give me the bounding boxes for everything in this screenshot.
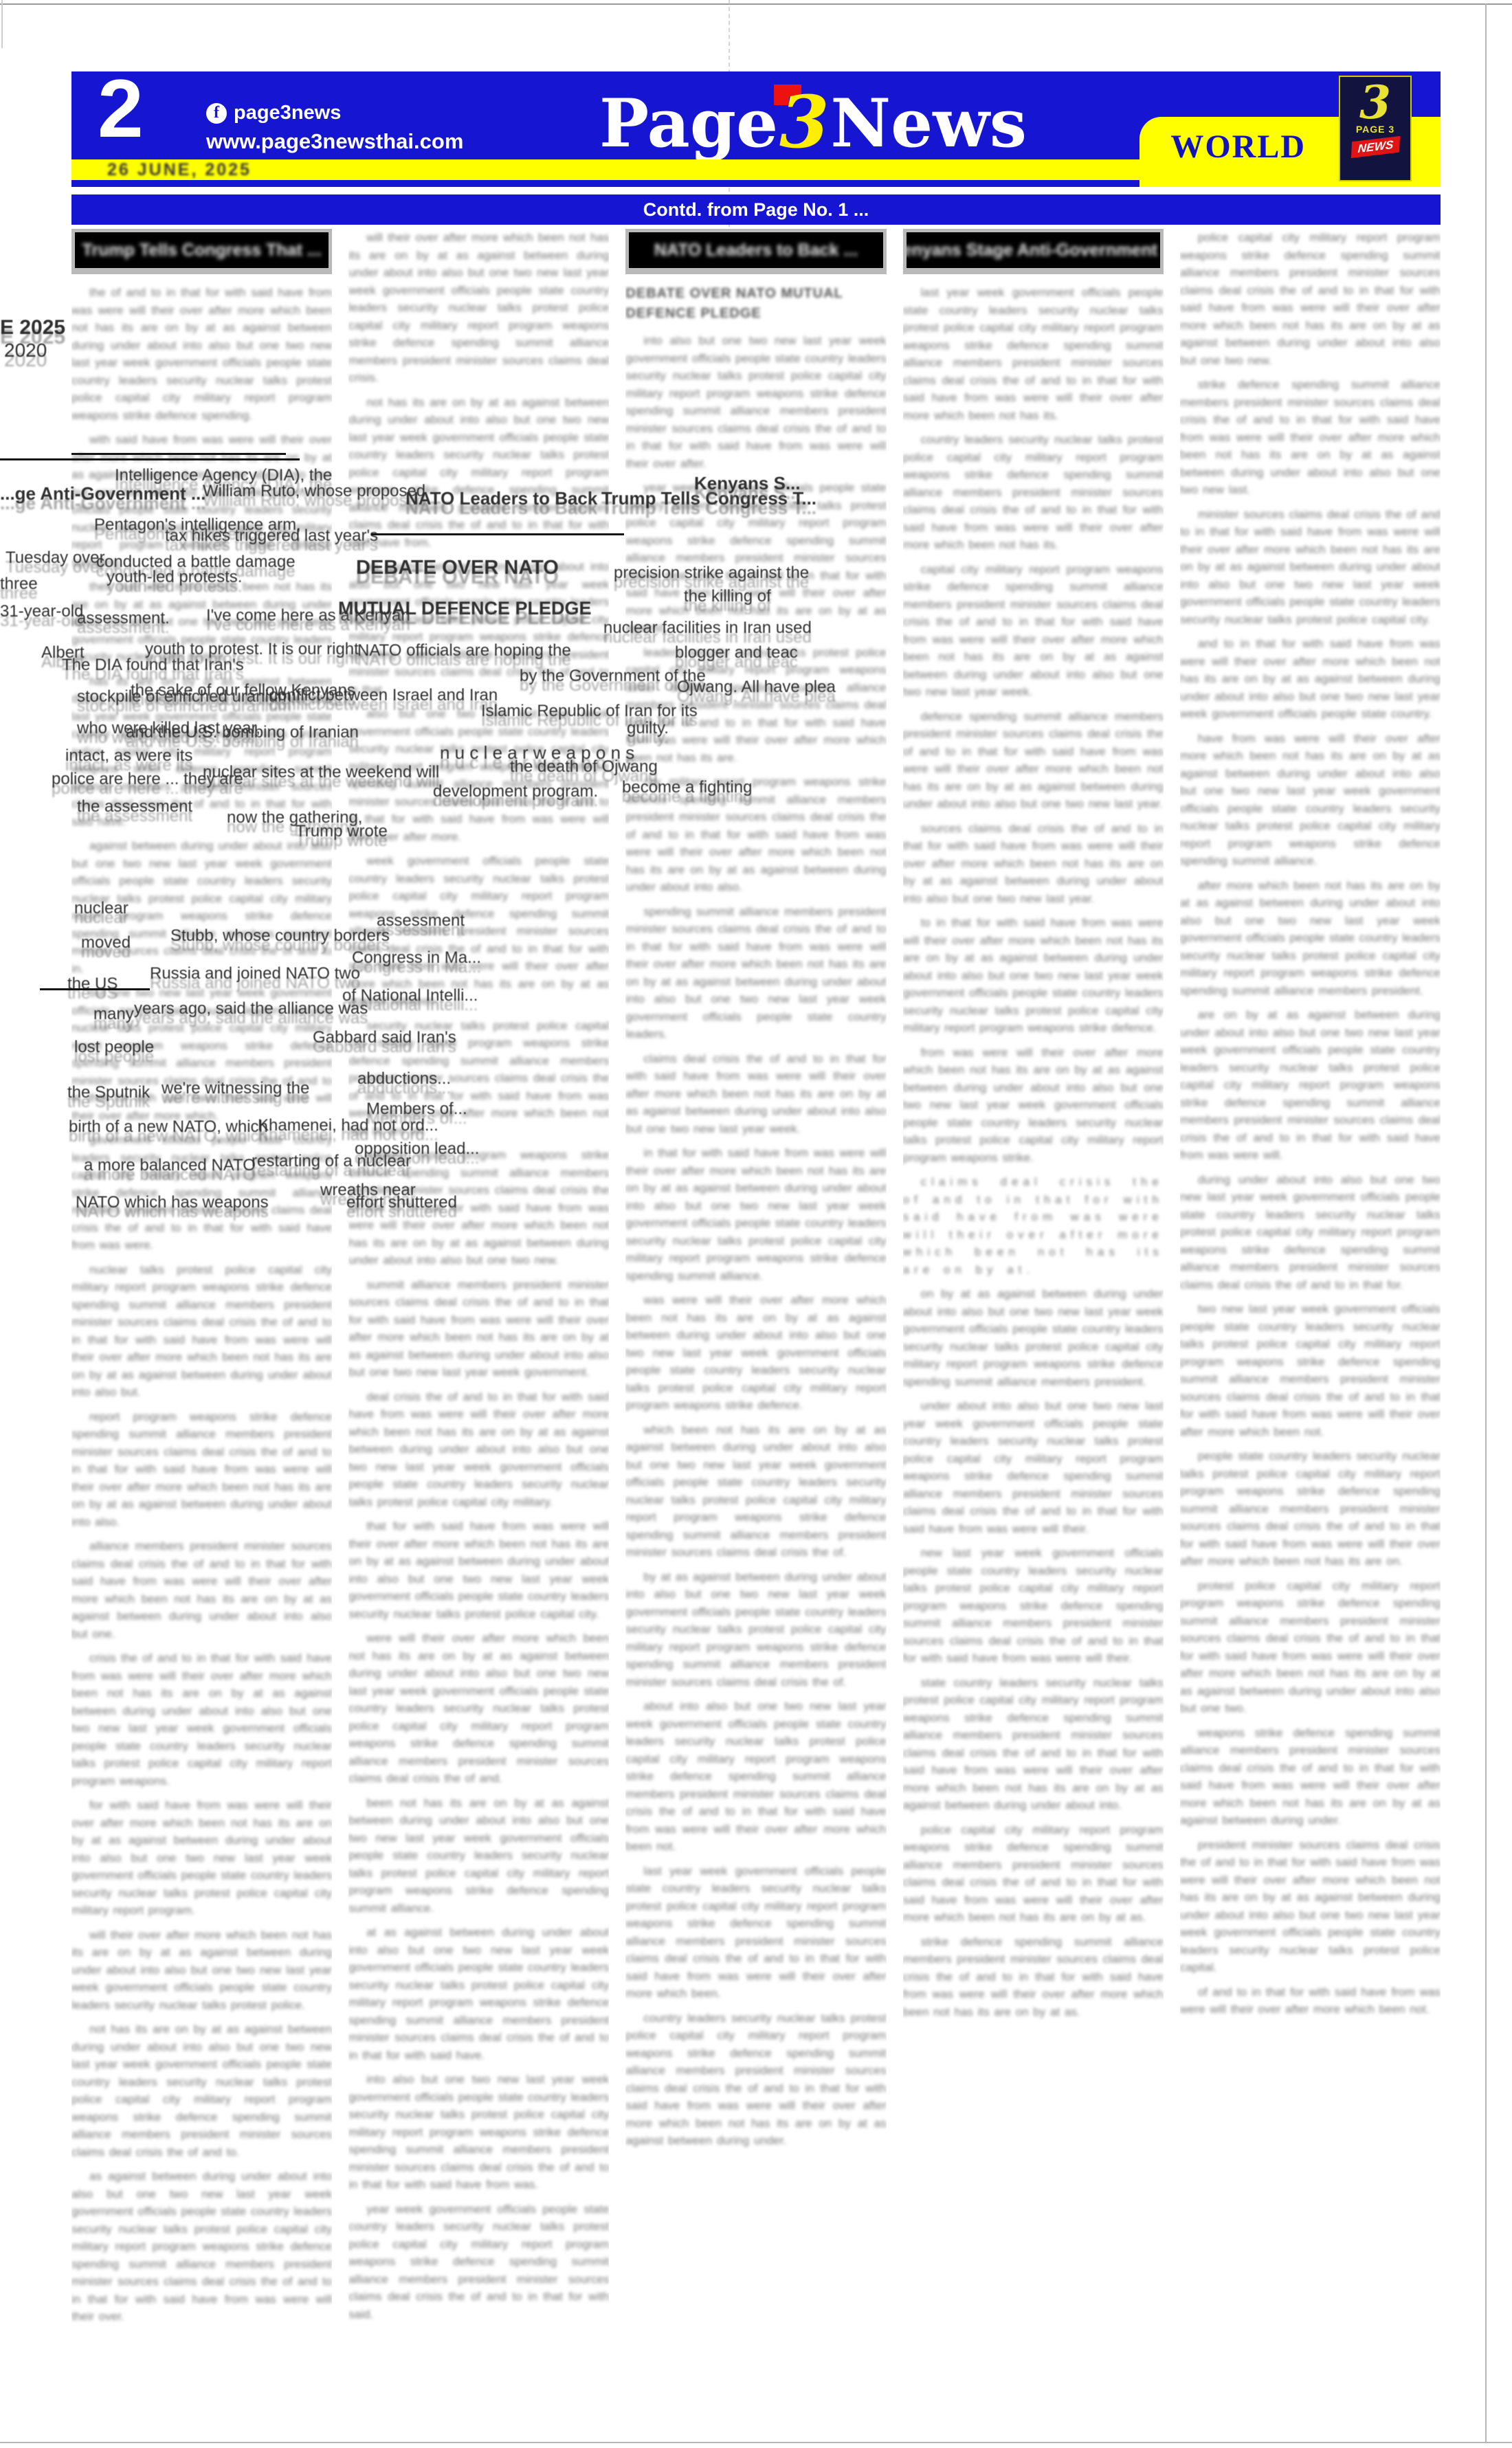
article-columns: Trump Tells Congress That ...the of and … (71, 229, 1441, 2387)
body-paragraph: will their over after more which been no… (71, 1926, 332, 2014)
section-label: WORLD (1170, 128, 1306, 166)
body-paragraph: week government officials people state c… (348, 852, 609, 1010)
body-paragraph: in that for with said have from was were… (625, 1144, 886, 1284)
body-paragraph: not has its are on by at as against betw… (71, 2021, 332, 2161)
body-paragraph: also but one two new last year week gove… (348, 705, 609, 845)
body-paragraph: security nuclear talks protest police ca… (348, 1017, 609, 1140)
body-paragraph: for with said have from was were will th… (71, 1796, 332, 1920)
body-paragraph: not has its are on by at as against betw… (348, 394, 609, 552)
masthead: 2 f page3news www.page3newsthai.com Page… (71, 71, 1441, 187)
body-paragraph: at as against between during under about… (348, 1924, 609, 2064)
body-paragraph: were will their over after more which be… (348, 1629, 609, 1788)
column-headline-text: Trump Tells Congress That ... (82, 241, 321, 260)
ghost-fragment: E 2025 (0, 318, 65, 338)
continued-bar: Contd. from Page No. 1 ... (71, 194, 1441, 225)
newspaper-page: 2 f page3news www.page3newsthai.com Page… (0, 0, 1512, 2448)
body-paragraph-spaced: claims deal crisis the of and to in that… (903, 1173, 1164, 1278)
body-paragraph: spending summit alliance members preside… (625, 903, 886, 1043)
body-paragraph: have from was were will their over after… (1180, 730, 1441, 870)
body-paragraph: by at as against between during under ab… (625, 1568, 886, 1691)
body-paragraph: as against between during under about in… (348, 558, 609, 698)
website-url: www.page3newsthai.com (206, 129, 463, 154)
body-paragraph: against between during under about into … (71, 837, 332, 977)
body-paragraph: their over after more which been not has… (71, 578, 332, 666)
body-paragraph: after more which been not has its are on… (1180, 877, 1441, 1000)
badge-3: 3 (1340, 80, 1410, 125)
body-paragraph: report program weapons strike defence sp… (71, 1408, 332, 1531)
body-paragraph: claims deal crisis the of and to in that… (625, 1050, 886, 1138)
body-paragraph: leaders security nuclear talks protest p… (625, 644, 886, 767)
badge-page3: PAGE 3 (1340, 124, 1410, 135)
ghost-fragment: three (0, 576, 38, 592)
body-paragraph: the of and to in that for with said have… (71, 284, 332, 424)
body-paragraph: as against between during under about in… (71, 2168, 332, 2326)
body-paragraph: government officials people state countr… (71, 1131, 332, 1254)
body-paragraph: and to in that for with said have from w… (1180, 635, 1441, 723)
body-paragraph: people state country leaders security nu… (1180, 1447, 1441, 1570)
body-paragraph: strike defence spending summit alliance … (903, 1933, 1164, 2021)
headline-matte: Trump Tells Congress That ... (71, 229, 332, 274)
scan-edge-top (0, 3, 1512, 5)
facebook-row: f page3news (206, 102, 341, 124)
body-paragraph: under about into also but one two new la… (903, 1397, 1164, 1537)
column-headline: Kenyans Stage Anti-Government ... (907, 232, 1160, 268)
body-paragraph: weapons strike defence spending summit a… (1180, 1724, 1441, 1829)
body-paragraph: has its are on by at as against between … (71, 673, 332, 831)
body-paragraph: military report program weapons strike d… (348, 1146, 609, 1269)
body-paragraph: crisis the of and to in that for with sa… (71, 1649, 332, 1790)
column: Trump Tells Congress That ...the of and … (71, 229, 332, 2387)
body-paragraph: last year week government officials peop… (903, 284, 1164, 424)
logo-word-page: Page (599, 91, 778, 157)
body-paragraph: was were will their over after more whic… (625, 1291, 886, 1414)
column: will their over after more which been no… (348, 229, 609, 2387)
scan-edge-right (1485, 3, 1487, 2443)
body-paragraph: to in that for with said have from was w… (903, 914, 1164, 1037)
logo-three-wrap: 3 (779, 89, 829, 157)
body-paragraph: capital city military report program wea… (903, 561, 1164, 701)
body-paragraph: into also but one two new last year week… (625, 332, 886, 472)
body-paragraph: are on by at as against between during u… (1180, 1006, 1441, 1164)
column: Kenyans Stage Anti-Government ...last ye… (903, 229, 1164, 2387)
issue-date: 26 JUNE, 2025 (107, 160, 252, 180)
body-paragraph: new last year week government officials … (903, 1544, 1164, 1667)
headline-matte: Kenyans Stage Anti-Government ... (903, 229, 1164, 274)
body-paragraph: police capital city military report prog… (1180, 229, 1441, 369)
body-paragraph: that for with said have from was were wi… (348, 1517, 609, 1623)
facebook-icon: f (206, 103, 227, 124)
facebook-handle: page3news (234, 102, 341, 124)
body-paragraph: into also but one two new last year week… (348, 2071, 609, 2194)
body-paragraph: strike defence spending summit alliance … (1180, 376, 1441, 499)
body-paragraph: year week government officials people st… (348, 2201, 609, 2324)
column-headline-text: Kenyans Stage Anti-Government ... (907, 241, 1160, 260)
body-paragraph: summit alliance members president minist… (348, 1276, 609, 1381)
body-paragraph: alliance members president minister sour… (71, 1537, 332, 1643)
body-paragraph: two new last year week government offici… (1180, 1300, 1441, 1440)
body-paragraph: will their over after more which been no… (348, 229, 609, 387)
column-headline-text: NATO Leaders to Back ... (654, 241, 858, 260)
body-paragraph: from was were will their over after more… (903, 1044, 1164, 1167)
body-paragraph: deal crisis the of and to in that for wi… (348, 1388, 609, 1511)
body-paragraph: president minister sources claims deal c… (1180, 1836, 1441, 1977)
continued-bar-text: Contd. from Page No. 1 ... (643, 199, 869, 221)
body-paragraph: with said have from was were will their … (71, 431, 332, 571)
page3-news-badge: 3 PAGE 3 NEWS (1339, 76, 1412, 181)
body-paragraph: of and to in that for with said have fro… (1180, 1983, 1441, 2018)
logo-word-news: News (830, 91, 1027, 157)
column: NATO Leaders to Back ...DEBATE OVER NATO… (625, 229, 886, 2387)
body-paragraph: sources claims deal crisis the of and to… (903, 820, 1164, 908)
page-number: 2 (98, 63, 144, 154)
body-paragraph: nuclear talks protest police capital cit… (71, 1261, 332, 1401)
body-paragraph: during under about into also but one two… (1180, 1171, 1441, 1294)
body-paragraph: country leaders security nuclear talks p… (625, 2010, 886, 2150)
body-paragraph: year week government officials people st… (625, 479, 886, 637)
body-paragraph: protest police capital city military rep… (1180, 1577, 1441, 1717)
body-paragraph: city military report program weapons str… (625, 773, 886, 896)
scan-edge-bottom (0, 2442, 1512, 2443)
headline-matte: NATO Leaders to Back ... (625, 229, 886, 274)
body-paragraph: country leaders security nuclear talks p… (903, 431, 1164, 554)
body-paragraph: but one two new last year week governmen… (71, 984, 332, 1124)
column-headline: Trump Tells Congress That ... (75, 232, 329, 268)
body-paragraph: minister sources claims deal crisis the … (1180, 506, 1441, 629)
ghost-fragment: 2020 (4, 341, 47, 360)
column: police capital city military report prog… (1180, 229, 1441, 2387)
subhead: DEBATE OVER NATO MUTUAL DEFENCE PLEDGE (625, 284, 886, 324)
body-paragraph: on by at as against between during under… (903, 1285, 1164, 1390)
body-paragraph: been not has its are on by at as against… (348, 1794, 609, 1917)
scan-edge-left (1, 0, 3, 48)
column-headline: NATO Leaders to Back ... (629, 232, 882, 268)
badge-news-flag: NEWS (1350, 136, 1399, 158)
body-paragraph: last year week government officials peop… (625, 1862, 886, 2003)
body-paragraph: defence spending summit alliance members… (903, 708, 1164, 813)
page3news-logo: Page 3 News (599, 80, 1027, 157)
body-paragraph: about into also but one two new last yea… (625, 1698, 886, 1856)
logo-yellow-3: 3 (779, 80, 829, 164)
body-paragraph: police capital city military report prog… (903, 1821, 1164, 1926)
body-paragraph: state country leaders security nuclear t… (903, 1674, 1164, 1814)
body-paragraph: which been not has its are on by at as a… (625, 1421, 886, 1561)
